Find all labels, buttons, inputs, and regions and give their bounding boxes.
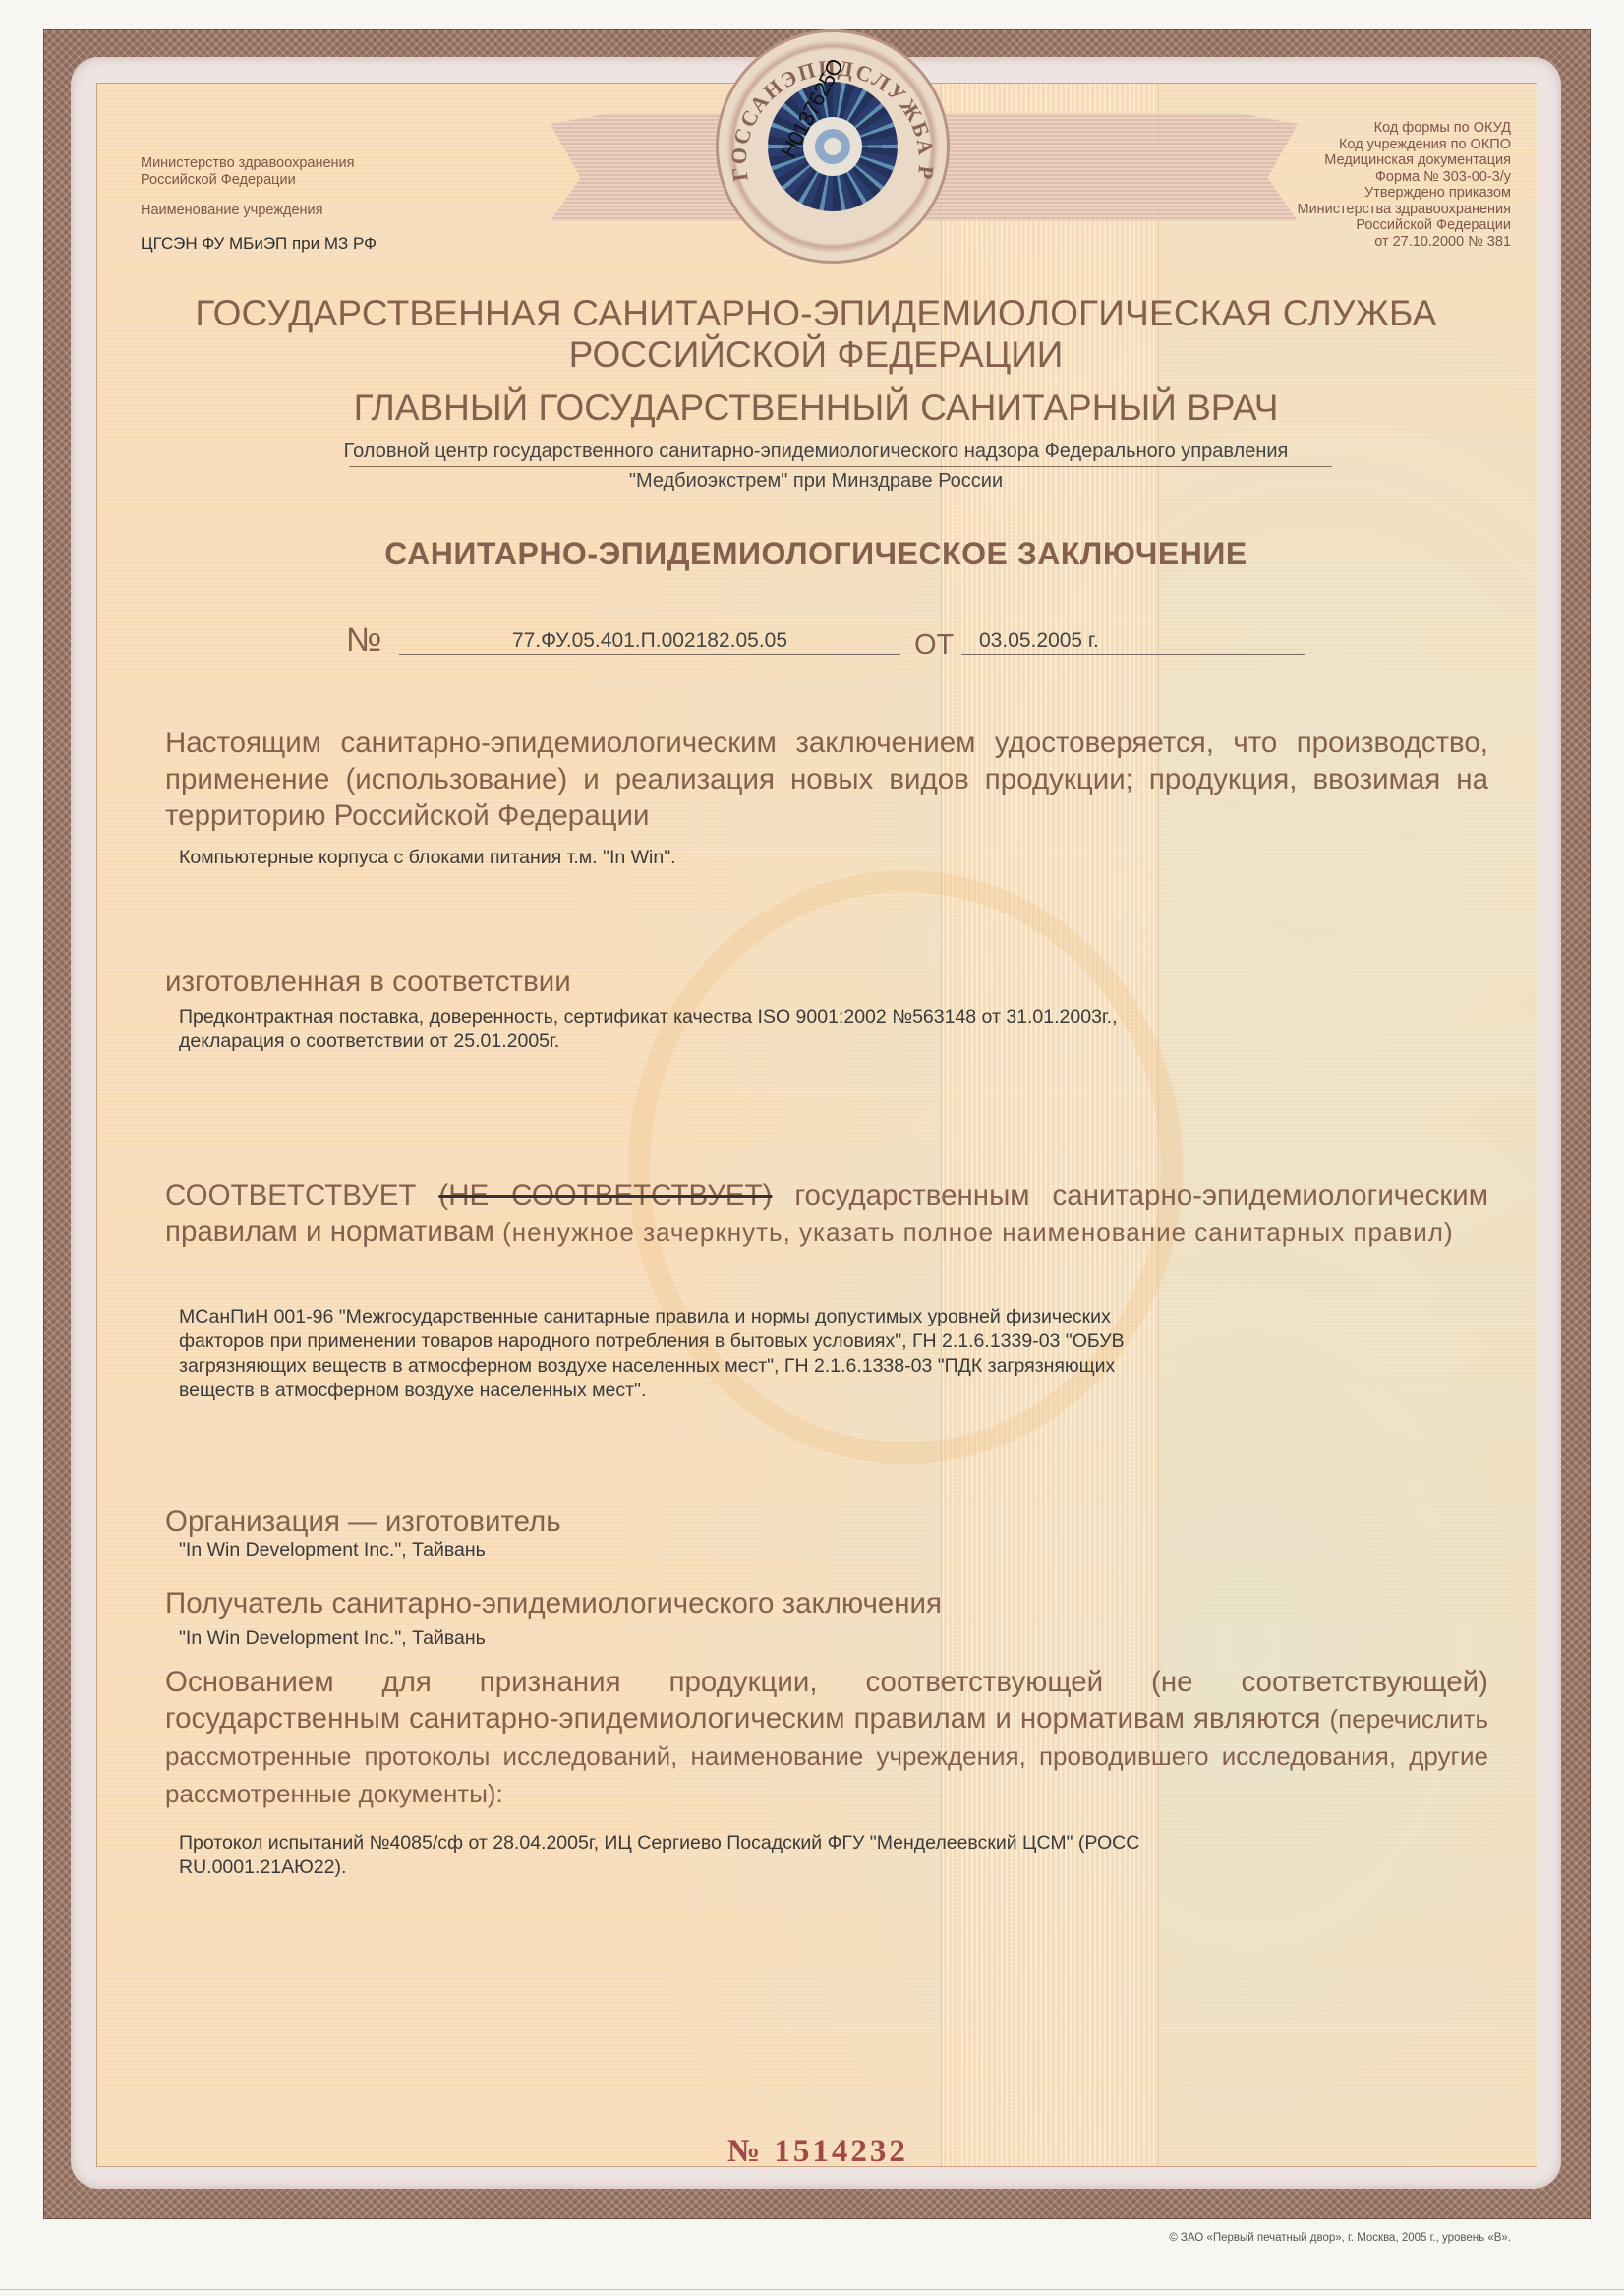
- scan-edge: [0, 2289, 1624, 2290]
- manufacturer-value: "In Win Development Inc.", Тайвань: [179, 1538, 1486, 1562]
- complies-text: СООТВЕТСТВУЕТ: [165, 1179, 416, 1211]
- not-complies-struck: (НЕ СООТВЕТСТВУЕТ): [438, 1179, 772, 1211]
- basis-statement: Основанием для признания продукции, соот…: [165, 1664, 1488, 1812]
- service-title-country: РОССИЙСКОЙ ФЕДЕРАЦИИ: [96, 334, 1536, 376]
- compliance-note: (ненужное зачеркнуть, указать полное наи…: [502, 1217, 1454, 1247]
- date-label: ОТ: [914, 629, 954, 662]
- document-title: САНИТАРНО-ЭПИДЕМИОЛОГИЧЕСКОЕ ЗАКЛЮЧЕНИЕ: [96, 536, 1536, 572]
- manufacturer-label: Организация — изготовитель: [165, 1503, 1488, 1540]
- institution-value: ЦГСЭН ФУ МБиЭП при МЗ РФ: [141, 234, 377, 254]
- product-description: Компьютерные корпуса с блоками питания т…: [179, 846, 1486, 870]
- conclusion-number-row: № 77.ФУ.05.401.П.002182.05.05 ОТ 03.05.2…: [346, 621, 1329, 661]
- compliance-statement: СООТВЕТСТВУЕТ (НЕ СООТВЕТСТВУЕТ) государ…: [165, 1177, 1488, 1251]
- form-serial-number: № 1514232: [727, 2134, 908, 2170]
- sanitary-rules: МСанПиН 001-96 "Межгосударственные санит…: [179, 1305, 1486, 1403]
- service-title: ГОСУДАРСТВЕННАЯ САНИТАРНО-ЭПИДЕМИОЛОГИЧЕ…: [96, 293, 1536, 334]
- chief-doctor-title: ГЛАВНЫЙ ГОСУДАРСТВЕННЫЙ САНИТАРНЫЙ ВРАЧ: [96, 387, 1536, 429]
- printer-imprint: © ЗАО «Первый печатный двор», г. Москва,…: [1169, 2232, 1511, 2244]
- conclusion-date: 03.05.2005 г.: [961, 629, 1305, 655]
- issuer-name-continued: "Медбиоэкстрем" при Минздраве России: [96, 470, 1536, 493]
- number-label: №: [346, 621, 381, 660]
- basis-main: Основанием для признания продукции, соот…: [165, 1666, 1488, 1735]
- form-codes: Код формы по ОКУД Код учреждения по ОКПО…: [1298, 120, 1512, 250]
- manufactured-label: изготовленная в соответствии: [165, 964, 1488, 1000]
- manufactured-basis: Предконтрактная поставка, доверенность, …: [179, 1005, 1486, 1054]
- conclusion-number: 77.ФУ.05.401.П.002182.05.05: [399, 629, 900, 655]
- hologram-seal: ГОССАНЭПИДСЛУЖБА РОССИИ Н0137625О: [716, 29, 950, 264]
- recipient-label: Получатель санитарно-эпидемиологического…: [165, 1585, 1488, 1621]
- recipient-value: "In Win Development Inc.", Тайвань: [179, 1626, 1486, 1651]
- institution-label: Наименование учреждения: [141, 203, 323, 218]
- issuer-underline: [349, 466, 1332, 467]
- basis-documents: Протокол испытаний №4085/сф от 28.04.200…: [179, 1831, 1486, 1880]
- certifies-statement: Настоящим санитарно-эпидемиологическим з…: [165, 725, 1488, 834]
- issuer-name: Головной центр государственного санитарн…: [96, 441, 1536, 463]
- ministry-name: Министерство здравоохранения Российской …: [141, 155, 355, 189]
